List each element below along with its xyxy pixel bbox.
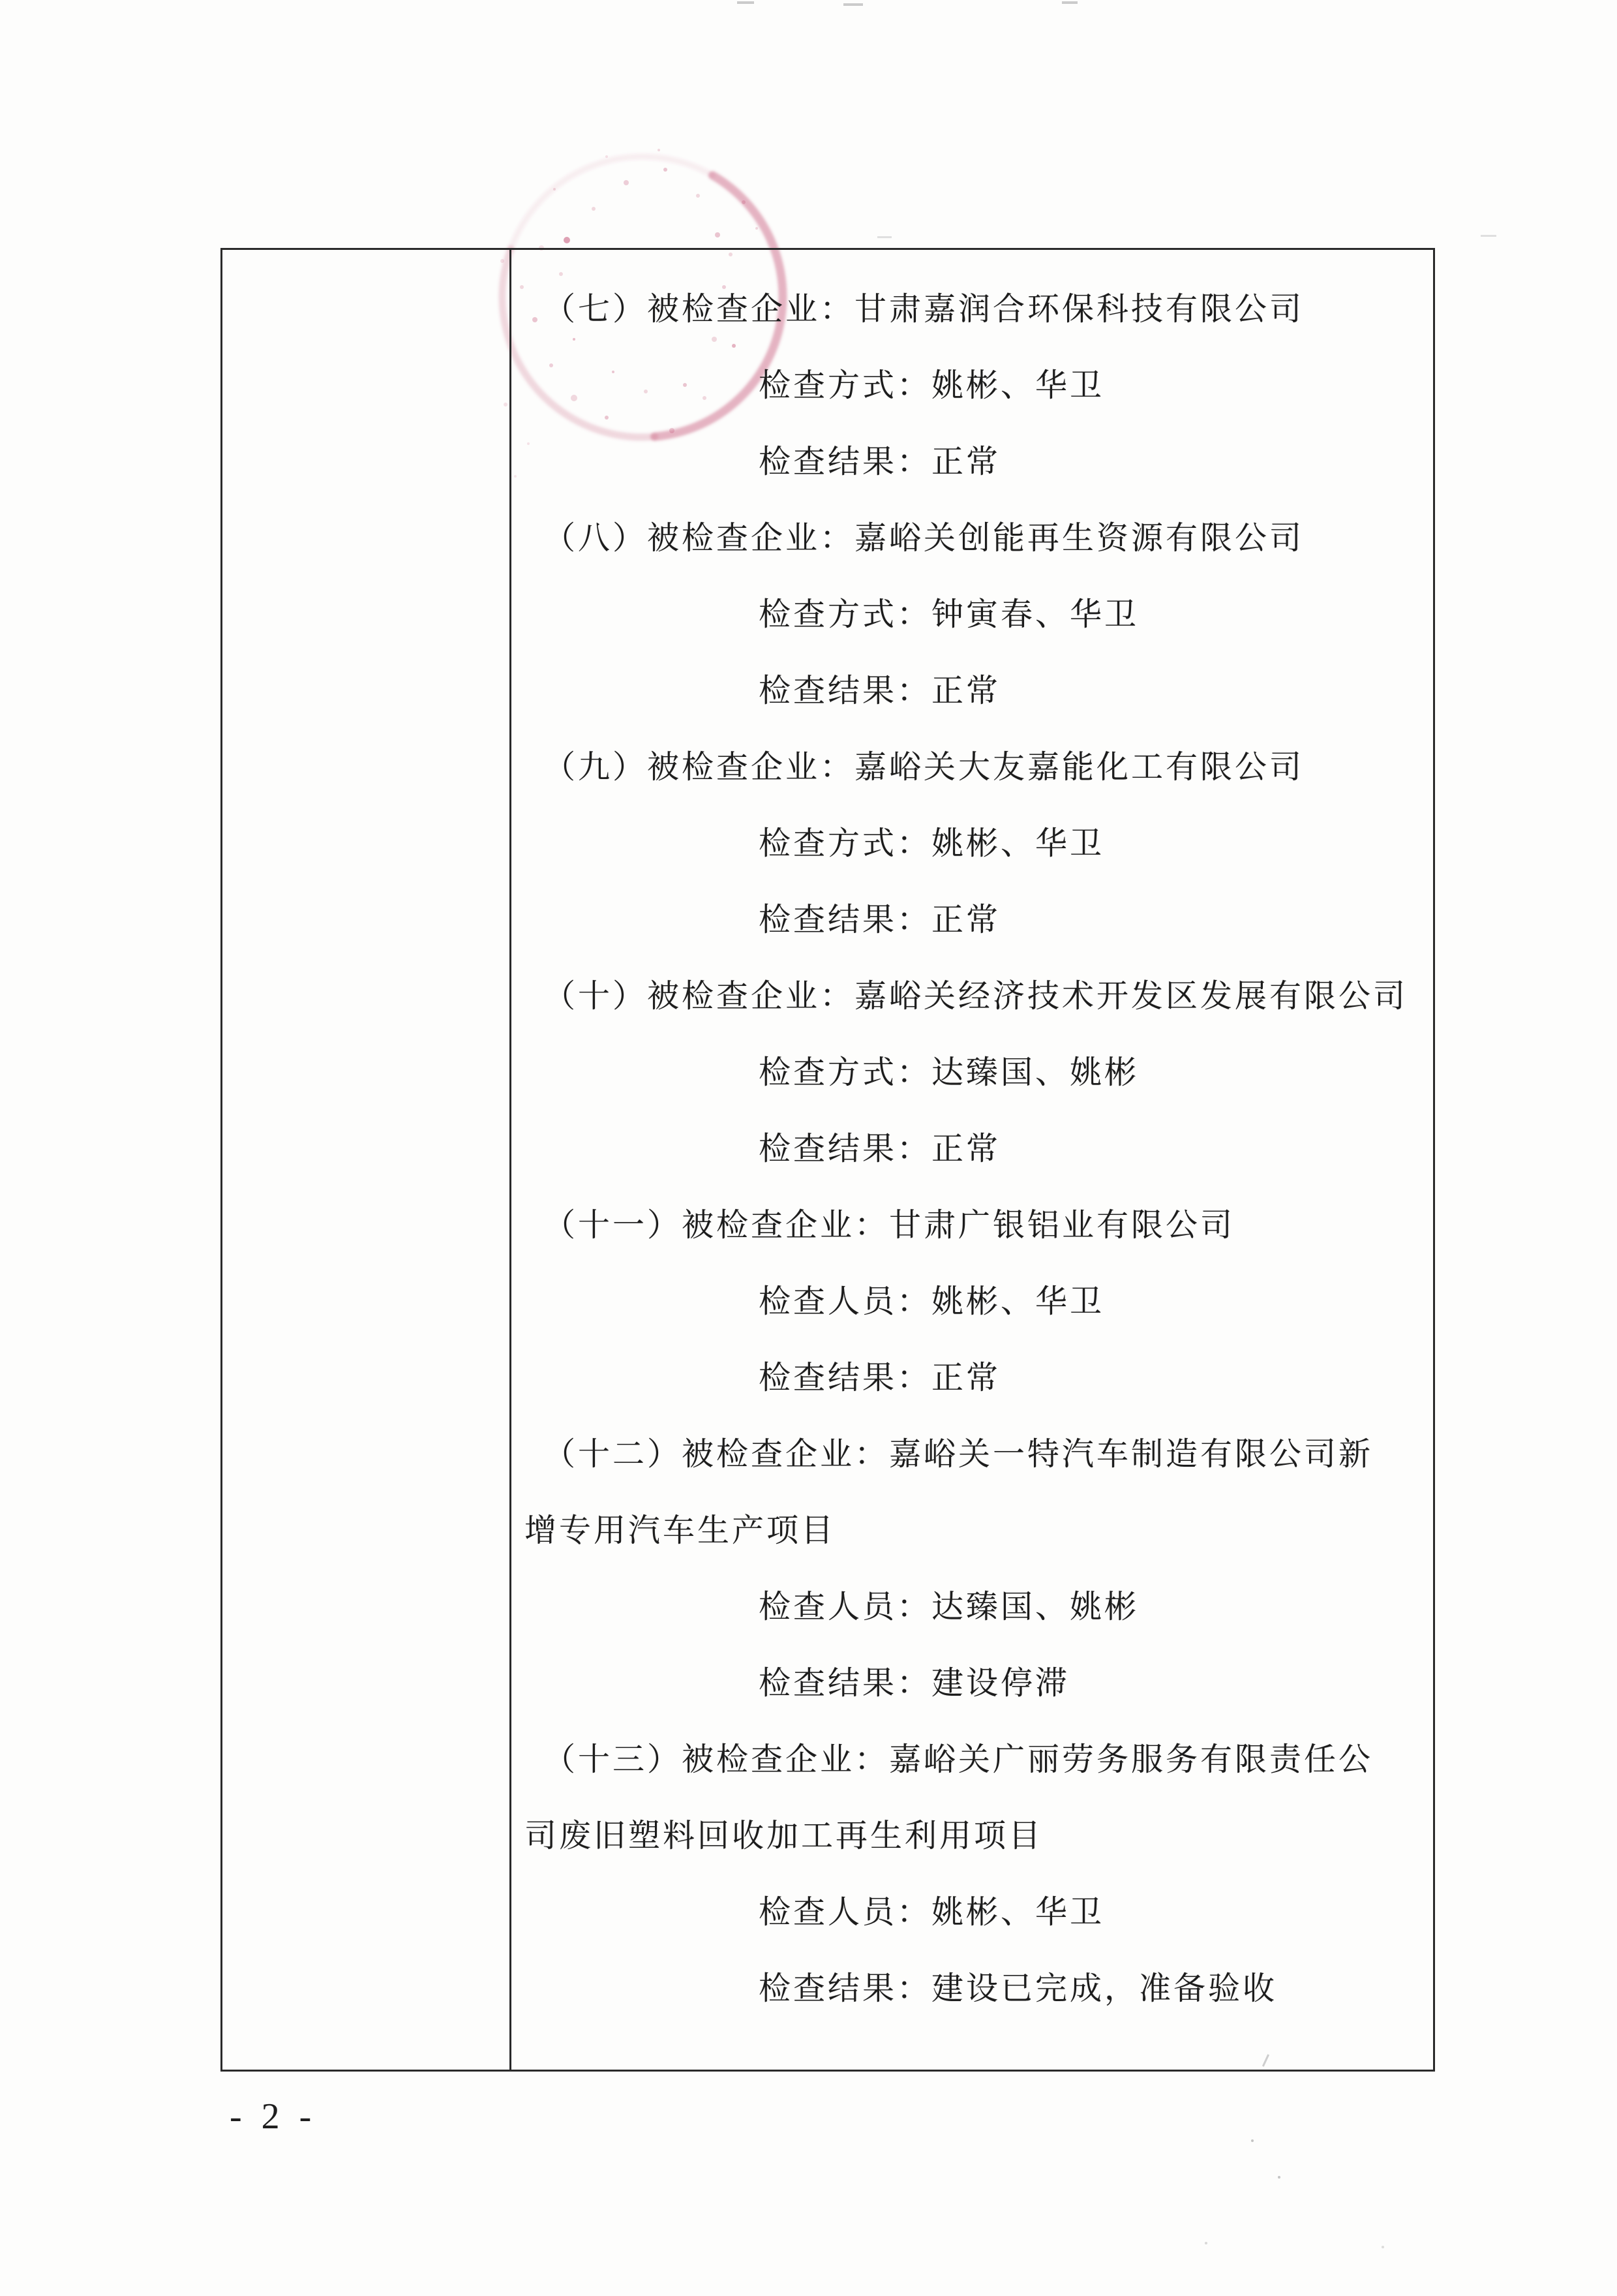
inspection-line: （十二）被检查企业：嘉峪关一特汽车制造有限公司新 <box>524 1416 1416 1492</box>
document-page: （七）被检查企业：甘肃嘉润合环保科技有限公司 检查方式：姚彬、华卫 检查结果：正… <box>0 0 1617 2296</box>
inspection-line: （十一）被检查企业：甘肃广银铝业有限公司 <box>524 1187 1416 1263</box>
scan-artifact-dot <box>1278 2176 1280 2179</box>
inspection-line: 检查结果：建设停滞 <box>524 1645 1416 1721</box>
inspection-line: 检查方式：钟寅春、华卫 <box>524 576 1416 652</box>
inspection-line: （十三）被检查企业：嘉峪关广丽劳务服务有限责任公 <box>524 1721 1416 1798</box>
scan-artifact-dash <box>877 236 892 238</box>
page-number: - 2 - <box>230 2096 316 2137</box>
inspection-line: 检查结果：建设已完成，准备验收 <box>524 1950 1416 2027</box>
table-right-column: （七）被检查企业：甘肃嘉润合环保科技有限公司 检查方式：姚彬、华卫 检查结果：正… <box>524 271 1416 2027</box>
inspection-line: 检查结果：正常 <box>524 652 1416 729</box>
inspection-line: 检查方式：达臻国、姚彬 <box>524 1034 1416 1110</box>
inspection-line: （七）被检查企业：甘肃嘉润合环保科技有限公司 <box>524 271 1416 347</box>
inspection-line: 检查结果：正常 <box>524 423 1416 500</box>
inspection-line: （九）被检查企业：嘉峪关大友嘉能化工有限公司 <box>524 729 1416 805</box>
scan-artifact-dash <box>1062 1 1078 4</box>
scan-artifact-dot <box>1382 2246 1384 2248</box>
scan-artifact-dash <box>737 1 754 4</box>
inspection-line: （八）被检查企业：嘉峪关创能再生资源有限公司 <box>524 500 1416 576</box>
scan-artifact-dot <box>1205 2242 1207 2244</box>
inspection-line: 检查结果：正常 <box>524 1110 1416 1187</box>
scan-artifact-dash <box>843 3 863 6</box>
inspection-line: 检查方式：姚彬、华卫 <box>524 347 1416 423</box>
inspection-line: 检查人员：姚彬、华卫 <box>524 1263 1416 1339</box>
inspection-line: 检查人员：达臻国、姚彬 <box>524 1569 1416 1645</box>
inspection-line: （十）被检查企业：嘉峪关经济技术开发区发展有限公司 <box>524 958 1416 1034</box>
scan-artifact-dash <box>1481 235 1496 237</box>
inspection-line: 检查结果：正常 <box>524 881 1416 958</box>
inspection-line: 增专用汽车生产项目 <box>524 1492 1416 1569</box>
table-left-column <box>222 250 509 2070</box>
inspection-table: （七）被检查企业：甘肃嘉润合环保科技有限公司 检查方式：姚彬、华卫 检查结果：正… <box>220 248 1435 2072</box>
inspection-line: 检查人员：姚彬、华卫 <box>524 1874 1416 1950</box>
table-column-divider <box>509 250 511 2070</box>
scan-artifact-dot <box>1251 2139 1254 2142</box>
inspection-line: 检查方式：姚彬、华卫 <box>524 805 1416 881</box>
inspection-line: 检查结果：正常 <box>524 1339 1416 1416</box>
inspection-line: 司废旧塑料回收加工再生利用项目 <box>524 1798 1416 1874</box>
